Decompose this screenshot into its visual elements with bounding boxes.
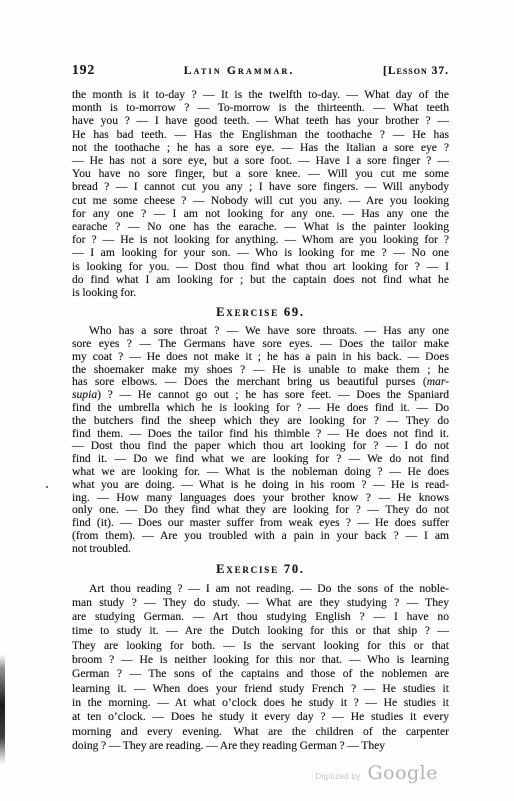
text-line: for ? — He is not looking for anything. … (72, 233, 449, 246)
text-line: man study ? — They do study. — What are … (72, 596, 449, 610)
text-line: — He has not a sore eye, but a sore foot… (72, 154, 449, 167)
text-line: earache ? — No one has the earache. — Wh… (72, 220, 449, 233)
text-line: — I am looking for your son. — Who is lo… (72, 246, 449, 259)
text-line: bread ? — I cannot cut you any ; I have … (72, 180, 449, 193)
page-number: 192 (72, 62, 95, 78)
text-line: German ? — The sons of the captains and … (72, 667, 449, 681)
text-line: not troubled. (72, 543, 449, 556)
text-line: at ten o’clock. — Does he study it every… (72, 710, 449, 724)
scan-edge-artifact (0, 655, 5, 765)
text-line: cut me some cheese ? — Nobody will cut y… (72, 194, 449, 207)
scan-speck (46, 486, 48, 488)
text-line: not the toothache ; he has a sore eye. —… (72, 141, 449, 154)
text-line: They are looking for both. — Is the serv… (72, 639, 449, 653)
page-body: the month is it to-day ? — It is the twe… (72, 88, 449, 753)
text-line: month is to-morrow ? — To-morrow is the … (72, 101, 449, 114)
exercise-heading: Exercise 70. (72, 562, 449, 577)
text-line: morning and every evening. What are the … (72, 725, 449, 739)
paragraph: Who has a sore throat ? — We have sore t… (72, 325, 449, 555)
text-line: do find what I am looking for ; but the … (72, 273, 449, 286)
watermark: Digitized by Google (316, 762, 439, 784)
watermark-prefix: Digitized by (316, 772, 361, 781)
text-line: You have no sore finger, but a sore knee… (72, 167, 449, 180)
scanned-page: 192 Latin Grammar. [Lesson 37. the month… (0, 0, 514, 801)
paragraph: the month is it to-day ? — It is the twe… (72, 88, 449, 299)
text-line: have you ? — I have good teeth. — What t… (72, 114, 449, 127)
text-line: doing ? — They are reading. — Are they r… (72, 739, 449, 753)
exercise-heading: Exercise 69. (72, 305, 449, 320)
running-title: Latin Grammar. (95, 65, 383, 77)
text-line: is looking for you. — Dost thou find wha… (72, 260, 449, 273)
text-line: are studying German. — Art thou studying… (72, 610, 449, 624)
text-line: the month is it to-day ? — It is the twe… (72, 88, 449, 101)
paragraph: Art thou reading ? — I am not reading. —… (72, 582, 449, 754)
google-logo: Google (367, 762, 438, 784)
lesson-header: [Lesson 37. (383, 65, 449, 77)
text-line: in the morning. — At what o’clock does h… (72, 696, 449, 710)
text-line: Art thou reading ? — I am not reading. —… (72, 582, 449, 596)
text-line: learning it. — When does your friend stu… (72, 682, 449, 696)
text-line: is looking for. (72, 286, 449, 299)
text-line: time to study it. — Are the Dutch lookin… (72, 624, 449, 638)
text-line: broom ? — He is neither looking for this… (72, 653, 449, 667)
text-line: for any one ? — I am not looking for any… (72, 207, 449, 220)
text-line: He has bad teeth. — Has the Englishman t… (72, 128, 449, 141)
running-header: 192 Latin Grammar. [Lesson 37. (72, 62, 449, 78)
